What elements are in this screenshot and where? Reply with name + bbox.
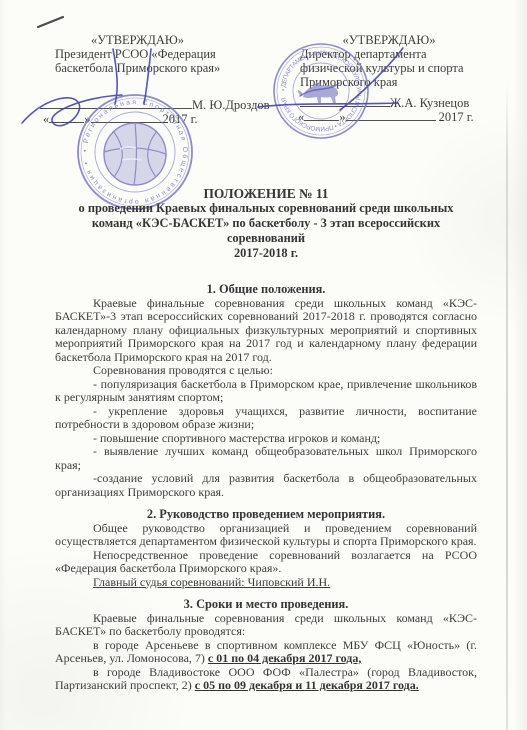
section3-paragraph1: Краевые финальные соревнования среди шко…	[55, 612, 477, 639]
document-title: ПОЛОЖЕНИЕ № 11 о проведении Краевых фина…	[55, 186, 477, 261]
section3-venue2: в городе Владивостоке ООО ФОФ «Палестра»…	[55, 666, 477, 693]
approver-org-right-line2: физической культуры и спорта	[300, 61, 478, 75]
approval-block-right: «УТВЕРЖДАЮ» Директор департамента физиче…	[300, 33, 478, 89]
basketball-icon	[104, 123, 166, 185]
date-line-left: «»2017 г.	[43, 110, 197, 127]
title-line2: о проведении Краевых финальных соревнова…	[55, 201, 477, 216]
title-line4: 2017-2018 г.	[55, 246, 477, 261]
title-line3: команд «КЭС-БАСКЕТ» по баскетболу - 3 эт…	[55, 216, 477, 246]
date-line-right: «» 2017 г.	[298, 108, 474, 125]
section1-goal4: - выявление лучших команд общеобразовате…	[55, 445, 477, 472]
approver-org-left-line2: баскетбола Приморского края»	[55, 61, 255, 75]
section2-chief-referee: Главный судья соревнований: Чиповский И.…	[55, 576, 477, 590]
signer-name-left: М. Ю.Дроздов	[192, 98, 270, 112]
approval-block-left: «УТВЕРЖДАЮ» Президент РСОО «Федерация ба…	[55, 33, 255, 75]
approver-org-left-line1: Президент РСОО «Федерация	[55, 47, 255, 61]
chief-referee-text: Главный судья соревнований: Чиповский И.…	[93, 575, 330, 589]
section1-goal5: -создание условий для развития баскетбол…	[55, 472, 477, 499]
page-fold-shadow	[506, 82, 508, 730]
date-blank-day-left	[49, 110, 84, 123]
approver-org-right-line3: Приморского края	[300, 75, 478, 89]
document-body: ПОЛОЖЕНИЕ № 11 о проведении Краевых фина…	[55, 186, 477, 693]
venue2-dates: с 05 по 09 декабря и 11 декабря 2017 год…	[195, 678, 419, 692]
section1-goal3: - повышение спортивного мастерства игрок…	[55, 432, 477, 446]
date-blank-day-right	[304, 108, 339, 121]
approve-label-left: «УТВЕРЖДАЮ»	[55, 33, 220, 47]
section1-paragraph2: Соревнования проводятся с целью:	[55, 364, 477, 378]
scanned-document-page: «УТВЕРЖДАЮ» Президент РСОО «Федерация ба…	[0, 0, 527, 730]
section1-goal2: - укрепление здоровья учащихся, развитие…	[55, 405, 477, 432]
section3-venue1: в городе Арсеньеве в спортивном комплекс…	[55, 639, 477, 666]
year-right: 2017 г.	[439, 110, 474, 124]
title-line1: ПОЛОЖЕНИЕ № 11	[55, 186, 477, 201]
approver-org-right-line1: Директор департамента	[300, 47, 478, 61]
approve-label-right: «УТВЕРЖДАЮ»	[300, 33, 478, 47]
section1-heading: 1. Общие положения.	[55, 283, 477, 297]
signature-blank-right	[300, 94, 390, 107]
section2-paragraph2: Непосредственное проведение соревнований…	[55, 549, 477, 576]
venue1-dates: с 01 по 04 декабря 2017 года,	[208, 651, 361, 665]
section1-paragraph1: Краевые финальные соревнования среди шко…	[55, 297, 477, 365]
section2-heading: 2. Руководство проведением мероприятия.	[55, 508, 477, 522]
date-blank-month-left	[91, 110, 163, 123]
pen-slash-mark	[38, 17, 63, 27]
section2-paragraph1: Общее руководство организацией и проведе…	[55, 522, 477, 549]
section3-heading: 3. Сроки и место проведения.	[55, 598, 477, 612]
year-left: 2017 г.	[163, 112, 198, 126]
section1-goal1: - популяризация баскетбола в Приморском …	[55, 378, 477, 405]
date-blank-month-right	[346, 108, 436, 121]
signature-blank-left	[40, 96, 192, 109]
